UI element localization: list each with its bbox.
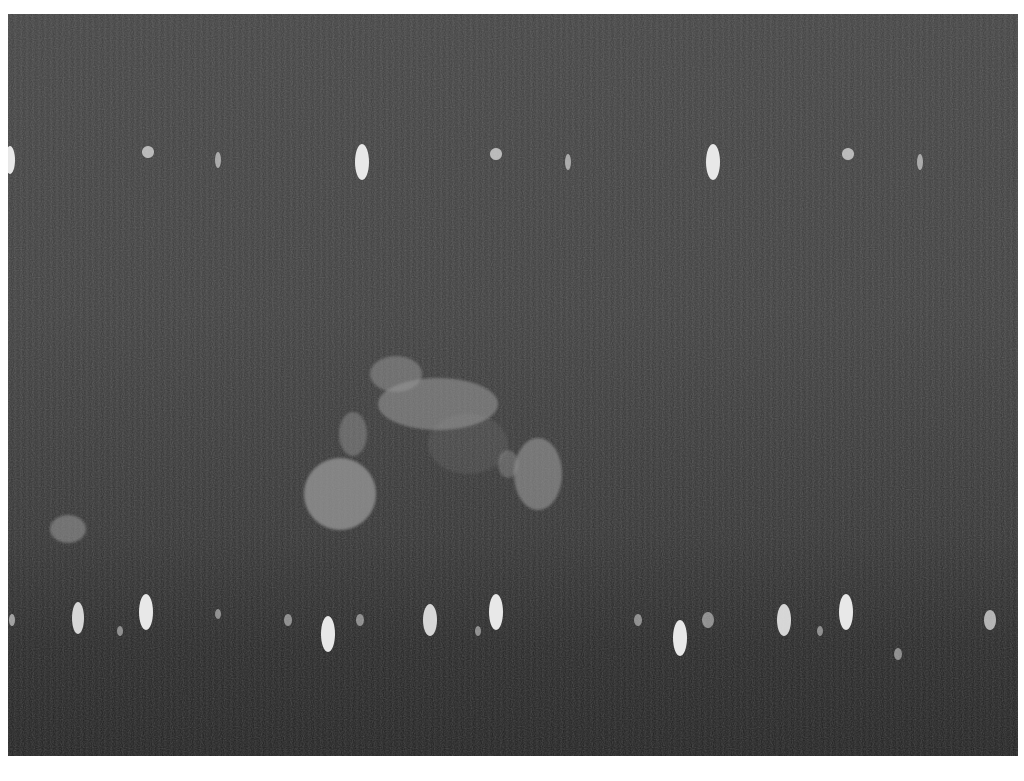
photo-scene: [8, 14, 1018, 756]
photograph: [8, 14, 1018, 756]
grain-texture: [8, 14, 1018, 756]
